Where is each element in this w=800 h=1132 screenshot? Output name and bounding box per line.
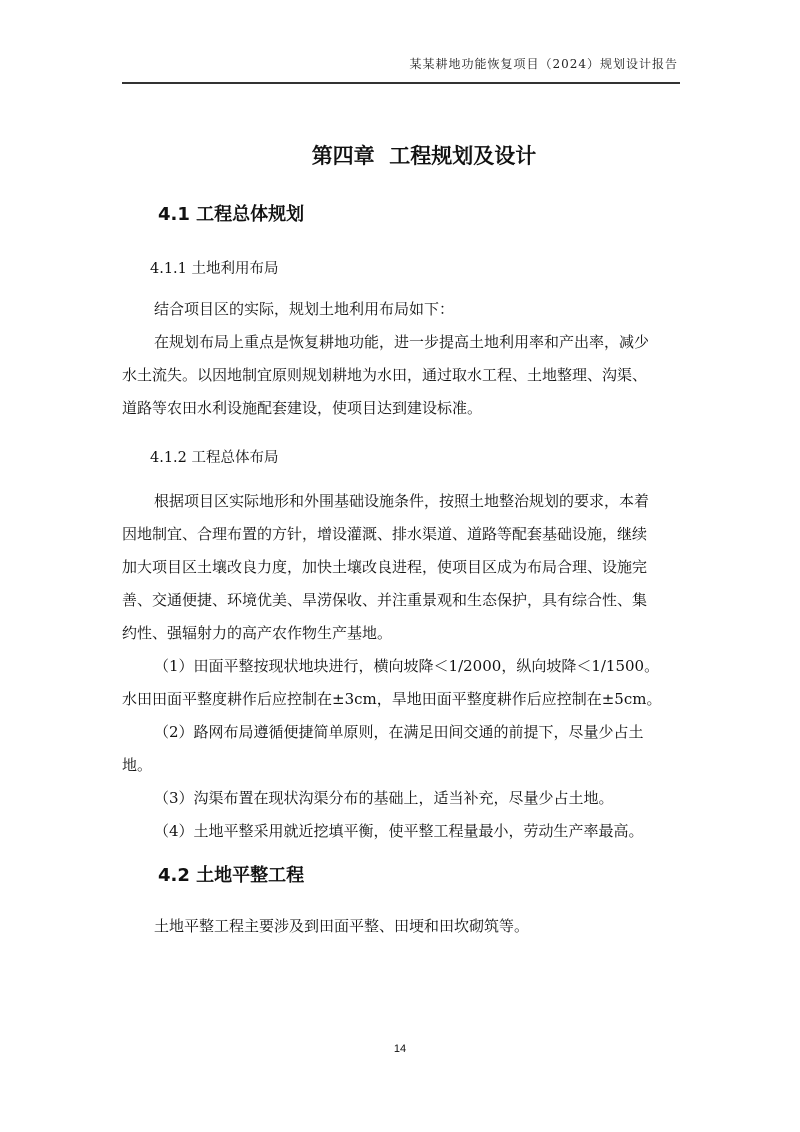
section-4-2-title: 4.2 土地平整工程 [158,861,304,887]
paragraph-line: 道路等农田水利设施配套建设，使项目达到建设标准。 [122,392,680,425]
paragraph-line: 约性、强辐射力的高产农作物生产基地。 [122,617,680,650]
paragraph-4-1-1-body: 在规划布局上重点是恢复耕地功能，进一步提高土地利用率和产出率，减少 水土流失。以… [122,326,680,425]
list-item-1-cont: 水田田面平整度耕作后应控制在±3cm，旱地田面平整度耕作后应控制在±5cm。 [122,683,680,716]
section-4-1-1-title: 4.1.1 土地利用布局 [150,257,279,278]
section-4-1-2-title: 4.1.2 工程总体布局 [150,446,279,467]
list-item-1: （1）田面平整按现状地块进行，横向坡降＜1/2000，纵向坡降＜1/1500。 [154,657,659,675]
paragraph-line: 善、交通便捷、环境优美、旱涝保收、并注重景观和生态保护，具有综合性、集 [122,584,680,617]
paragraph-4-1-2-body: 根据项目区实际地形和外围基础设施条件，按照土地整治规划的要求，本着 因地制宜、合… [122,485,680,848]
paragraph-4-1-1-intro: 结合项目区的实际，规划土地利用布局如下： [122,293,680,326]
paragraph-line: 加大项目区土壤改良力度，加快土壤改良进程，使项目区成为布局合理、设施完 [122,551,680,584]
section-4-1-title: 4.1 工程总体规划 [158,200,304,226]
paragraph-4-2-body: 土地平整工程主要涉及到田面平整、田埂和田坎砌筑等。 [122,910,680,943]
page-number: 14 [0,1043,800,1055]
paragraph-text: 结合项目区的实际，规划土地利用布局如下： [154,300,454,318]
paragraph-line: 水土流失。以因地制宜原则规划耕地为水田，通过取水工程、土地整理、沟渠、 [122,359,680,392]
running-header: 某某耕地功能恢复项目（2024）规划设计报告 [409,55,678,72]
list-item-4: （4）土地平整采用就近挖填平衡，使平整工程量最小，劳动生产率最高。 [154,822,644,840]
paragraph-line: 根据项目区实际地形和外围基础设施条件，按照土地整治规划的要求，本着 [154,492,649,510]
header-divider [122,82,680,84]
list-item-2: （2）路网布局遵循便捷简单原则，在满足田间交通的前提下，尽量少占土 [154,723,644,741]
paragraph-line: 在规划布局上重点是恢复耕地功能，进一步提高土地利用率和产出率，减少 [154,333,649,351]
paragraph-text: 土地平整工程主要涉及到田面平整、田埂和田坎砌筑等。 [154,917,529,935]
chapter-title: 第四章 工程规划及设计 [0,140,800,170]
paragraph-line: 因地制宜、合理布置的方针，增设灌溉、排水渠道、道路等配套基础设施，继续 [122,518,680,551]
list-item-3: （3）沟渠布置在现状沟渠分布的基础上，适当补充，尽量少占土地。 [154,789,614,807]
list-item-2-cont: 地。 [122,749,680,782]
